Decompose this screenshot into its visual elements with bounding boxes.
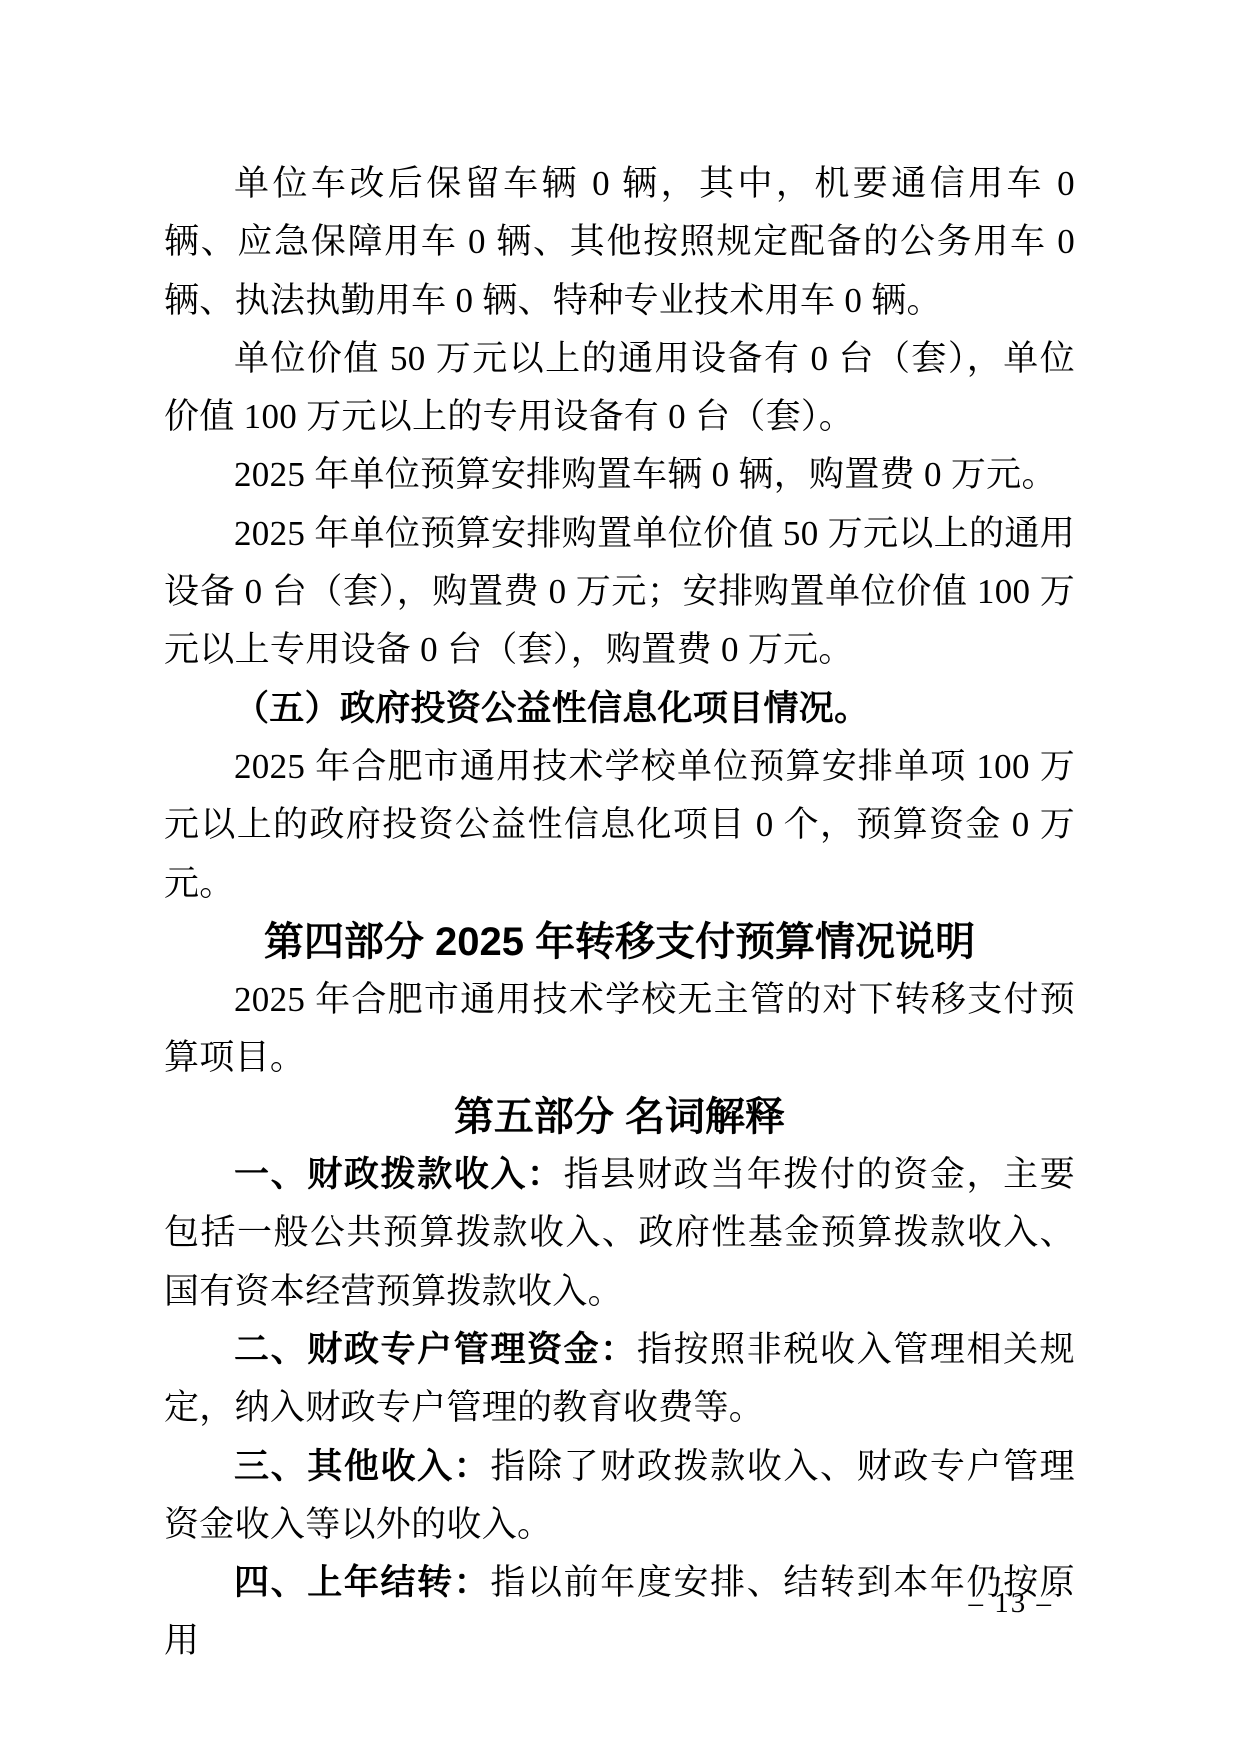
paragraph: 三、其他收入：指除了财政拨款收入、财政专户管理资金收入等以外的收入。 [164,1438,1075,1555]
section-heading: 第五部分 名词解释 [164,1088,1075,1146]
paragraph-text: 2025 年合肥市通用技术学校无主管的对下转移支付预算项目。 [164,980,1075,1077]
paragraph: 2025 年合肥市通用技术学校单位预算安排单项 100 万元以上的政府投资公益性… [164,738,1075,913]
paragraph-text: 2025 年合肥市通用技术学校单位预算安排单项 100 万元以上的政府投资公益性… [164,747,1075,903]
section-heading: 第四部分 2025 年转移支付预算情况说明 [164,913,1075,971]
paragraph: 一、财政拨款收入：指县财政当年拨付的资金，主要包括一般公共预算拨款收入、政府性基… [164,1146,1075,1321]
paragraph: 单位价值 50 万元以上的通用设备有 0 台（套），单位价值 100 万元以上的… [164,330,1075,447]
bold-lead: 一、财政拨款收入： [234,1155,564,1194]
budget-document-page: 单位车改后保留车辆 0 辆，其中，机要通信用车 0 辆、应急保障用车 0 辆、其… [0,0,1239,1754]
paragraph: 四、上年结转：指以前年度安排、结转到本年仍按原用 [164,1554,1075,1671]
bold-lead: 四、上年结转： [234,1563,490,1602]
document-body: 单位车改后保留车辆 0 辆，其中，机要通信用车 0 辆、应急保障用车 0 辆、其… [164,155,1075,1671]
bold-lead: （五）政府投资公益性信息化项目情况。 [234,689,869,728]
paragraph: 单位车改后保留车辆 0 辆，其中，机要通信用车 0 辆、应急保障用车 0 辆、其… [164,155,1075,330]
paragraph-text: 2025 年单位预算安排购置单位价值 50 万元以上的通用设备 0 台（套），购… [164,514,1075,670]
paragraph-text: 单位车改后保留车辆 0 辆，其中，机要通信用车 0 辆、应急保障用车 0 辆、其… [164,164,1075,320]
paragraph: 二、财政专户管理资金：指按照非税收入管理相关规定，纳入财政专户管理的教育收费等。 [164,1321,1075,1438]
paragraph-text: 单位价值 50 万元以上的通用设备有 0 台（套），单位价值 100 万元以上的… [164,339,1075,436]
paragraph: （五）政府投资公益性信息化项目情况。 [164,680,1075,738]
paragraph: 2025 年单位预算安排购置单位价值 50 万元以上的通用设备 0 台（套），购… [164,505,1075,680]
bold-lead: 三、其他收入： [234,1447,490,1486]
paragraph-text: 2025 年单位预算安排购置车辆 0 辆，购置费 0 万元。 [234,455,1057,494]
paragraph: 2025 年单位预算安排购置车辆 0 辆，购置费 0 万元。 [164,446,1075,504]
bold-lead: 二、财政专户管理资金： [234,1330,637,1369]
paragraph: 2025 年合肥市通用技术学校无主管的对下转移支付预算项目。 [164,971,1075,1088]
page-number: – 13 – [969,1586,1054,1620]
